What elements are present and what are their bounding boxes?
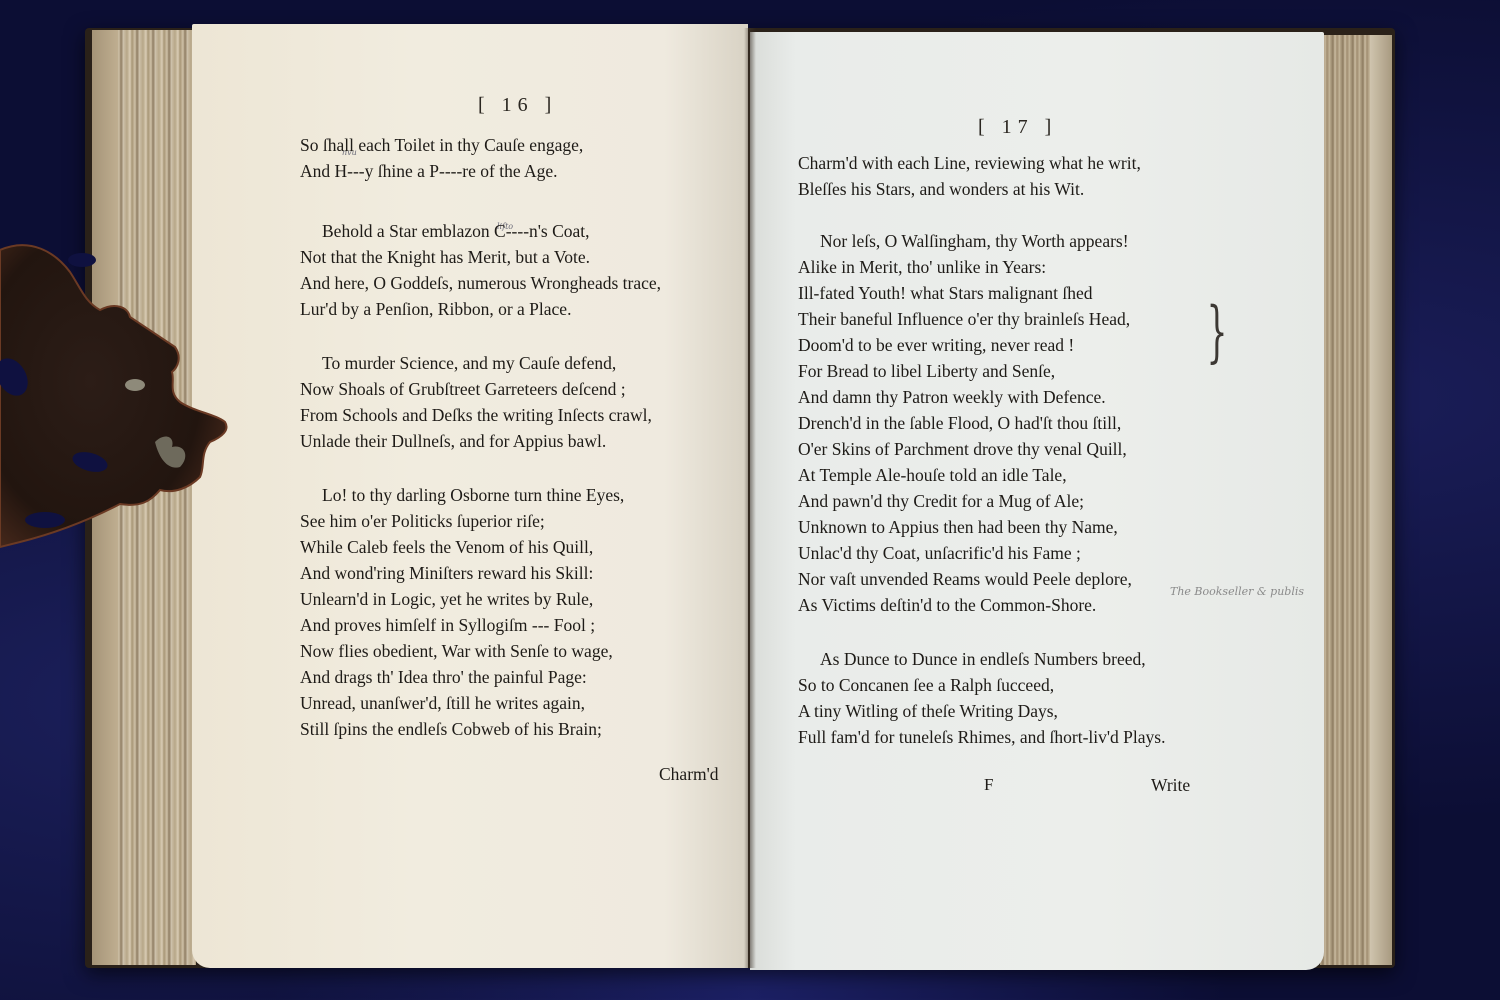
verse-line: To murder Science, and my Cauſe defend, <box>300 350 661 376</box>
verse-line: Unlac'd thy Coat, unſacrific'd his Fame … <box>798 540 1165 566</box>
verse-line: Unlade their Dullneſs, and for Appius ba… <box>300 428 661 454</box>
verse-line: Unknown to Appius then had been thy Name… <box>798 514 1165 540</box>
verse-line: And damn thy Patron weekly with Defence. <box>798 384 1165 410</box>
right-page-edges <box>1320 35 1392 965</box>
verse-line: And here, O Goddeſs, numerous Wrongheads… <box>300 270 661 296</box>
verse-line: See him o'er Politicks ſuperior riſe; <box>300 508 661 534</box>
verse-line: Still ſpins the endleſs Cobweb of his Br… <box>300 716 661 742</box>
verse-line: For Bread to libel Liberty and Senſe, <box>798 358 1165 384</box>
verse-line: Doom'd to be ever writing, never read ! <box>798 332 1165 358</box>
handwritten-brace: } <box>1207 297 1228 367</box>
catchword: Charm'd <box>659 764 719 785</box>
verse-line: And pawn'd thy Credit for a Mug of Ale; <box>798 488 1165 514</box>
page-number: [ 17 ] <box>978 116 1057 139</box>
verse-block: So ſhall each Toilet in thy Cauſe engage… <box>300 132 661 742</box>
signature-mark: F <box>984 775 993 795</box>
verse-line: Full fam'd for tuneleſs Rhimes, and ſhor… <box>798 724 1165 750</box>
right-board-edge <box>1370 35 1392 965</box>
page-17: [ 17 ] Charm'd with each Line, reviewing… <box>750 32 1324 970</box>
catchword: Write <box>1151 775 1190 796</box>
page-16: [ 16 ] nvu liſto So ſhall each Toilet in… <box>192 24 748 968</box>
verse-line: Not that the Knight has Merit, but a Vot… <box>300 244 661 270</box>
verse-line: Unread, unanſwer'd, ſtill he writes agai… <box>300 690 661 716</box>
verse-line: So ſhall each Toilet in thy Cauſe engage… <box>300 132 661 158</box>
verse-line: Alike in Merit, tho' unlike in Years: <box>798 254 1165 280</box>
verse-line: So to Concanen ſee a Ralph ſucceed, <box>798 672 1165 698</box>
verse-line: A tiny Witling of theſe Writing Days, <box>798 698 1165 724</box>
verse-line: And H---y ſhine a P----re of the Age. <box>300 158 661 184</box>
verse-line: Behold a Star emblazon C----n's Coat, <box>300 218 661 244</box>
verse-line: As Victims deſtin'd to the Common-Shore. <box>798 592 1165 618</box>
verse-line: At Temple Ale-houſe told an idle Tale, <box>798 462 1165 488</box>
verse-line: Ill-fated Youth! what Stars malignant ſh… <box>798 280 1165 306</box>
verse-line: And drags th' Idea thro' the painful Pag… <box>300 664 661 690</box>
verse-line: Lur'd by a Penſion, Ribbon, or a Place. <box>300 296 661 322</box>
verse-line: Charm'd with each Line, reviewing what h… <box>798 150 1165 176</box>
verse-line: And proves himſelf in Syllogiſm --- Fool… <box>300 612 661 638</box>
book-gutter <box>744 28 756 968</box>
book-photograph: [ 16 ] nvu liſto So ſhall each Toilet in… <box>0 0 1500 1000</box>
verse-line: As Dunce to Dunce in endleſs Numbers bre… <box>798 646 1165 672</box>
verse-line: Drench'd in the ſable Flood, O had'ſt th… <box>798 410 1165 436</box>
verse-line: Unlearn'd in Logic, yet he writes by Rul… <box>300 586 661 612</box>
verse-line: Their baneful Influence o'er thy brainle… <box>798 306 1165 332</box>
verse-line: Nor leſs, O Walſingham, thy Worth appear… <box>798 228 1165 254</box>
verse-line: While Caleb feels the Venom of his Quill… <box>300 534 661 560</box>
metal-bookmark-icon <box>0 232 240 550</box>
verse-line: Now flies obedient, War with Senſe to wa… <box>300 638 661 664</box>
verse-line: Nor vaſt unvended Reams would Peele depl… <box>798 566 1165 592</box>
verse-line: From Schools and Deſks the writing Inſec… <box>300 402 661 428</box>
verse-line: Lo! to thy darling Osborne turn thine Ey… <box>300 482 661 508</box>
verse-line: Now Shoals of Grubſtreet Garreteers deſc… <box>300 376 661 402</box>
verse-block: Charm'd with each Line, reviewing what h… <box>798 150 1165 750</box>
page-number: [ 16 ] <box>478 94 557 117</box>
verse-line: O'er Skins of Parchment drove thy venal … <box>798 436 1165 462</box>
verse-line: And wond'ring Miniſters reward his Skill… <box>300 560 661 586</box>
verse-line: Bleſſes his Stars, and wonders at his Wi… <box>798 176 1165 202</box>
margin-note: The Bookseller & publis <box>1170 585 1304 598</box>
